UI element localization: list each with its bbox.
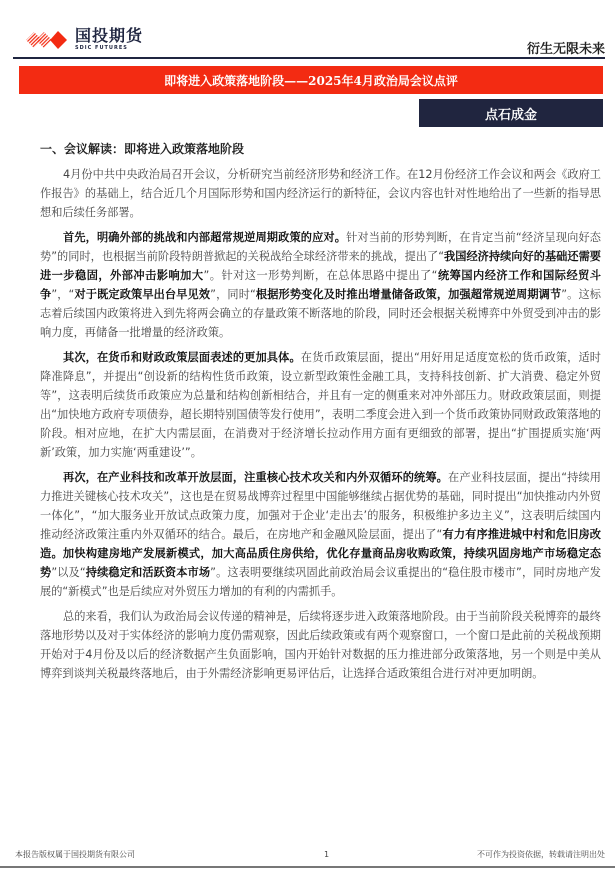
column-badge: 点石成金 (419, 99, 603, 127)
paragraph-third: 再次，在产业科技和改革开放层面，注重核心技术攻关和内外双循环的统筹。在产业科技层… (40, 468, 601, 601)
paragraph-second: 其次，在货币和财政政策层面表述的更加具体。在货币政策层面，提出“用好用足适度宽松… (40, 348, 601, 462)
header-slogan: 衍生无限未来 (527, 38, 605, 57)
body-text: ”，“ (51, 288, 74, 301)
emphasized-text: 对于既定政策早出台早见效 (74, 288, 210, 301)
paragraph-segments: 在货币政策层面，提出“用好用足适度宽松的货币政策，适时降准降息”，并提出“创设新… (40, 351, 601, 459)
body-text: 在货币政策层面，提出“用好用足适度宽松的货币政策，适时降准降息”，并提出“创设新… (40, 351, 601, 459)
company-logo: 国投期货 SDIC FUTURES (24, 28, 143, 51)
footer-disclaimer: 不可作为投资依据，转载请注明出处 (477, 849, 605, 860)
paragraph-lead: 其次，在货币和财政政策层面表述的更加具体。 (63, 351, 301, 364)
header-divider (13, 57, 605, 59)
paragraph-segments: 在产业科技层面，提出“持续用力推进关键核心技术攻关”，这也是在贸易战博弈过程里中… (40, 471, 601, 598)
footer-copyright: 本报告版权属于国投期货有限公司 (15, 849, 135, 860)
sdic-futures-logo-icon (24, 30, 69, 50)
report-title: 即将进入政策落地阶段——2025年4月政治局会议点评 (19, 66, 603, 94)
body-text: ”，同时“ (210, 288, 256, 301)
emphasized-text: 持续稳定和活跃资本市场 (86, 566, 211, 579)
paragraph-conclusion: 总的来看，我们认为政治局会议传递的精神是，后续将逐步进入政策落地阶段。由于当前阶… (40, 607, 601, 683)
paragraph-segments: 针对当前的形势判断，在肯定当前“经济呈现向好态势”的同时，也根据当前阶段特朗普掀… (40, 231, 601, 339)
paragraph-intro: 4月份中共中央政治局召开会议，分析研究当前经济形势和经济工作。在12月份经济工作… (40, 165, 601, 222)
body-text: ”以及“ (51, 566, 85, 579)
paragraph-first: 首先，明确外部的挑战和内部超常规逆周期政策的应对。针对当前的形势判断，在肯定当前… (40, 228, 601, 342)
paragraph-lead: 再次，在产业科技和改革开放层面，注重核心技术攻关和内外双循环的统筹。 (63, 471, 448, 484)
footer-divider (0, 866, 615, 868)
page-footer: 本报告版权属于国投期货有限公司 1 不可作为投资依据，转载请注明出处 (15, 849, 605, 860)
logo-name-en: SDIC FUTURES (75, 46, 143, 51)
paragraph-lead: 首先，明确外部的挑战和内部超常规逆周期政策的应对。 (63, 231, 346, 244)
body-text: ”。针对这一形势判断，在总体思路中提出了“ (204, 269, 438, 282)
report-body: 一、会议解读：即将进入政策落地阶段 4月份中共中央政治局召开会议，分析研究当前经… (40, 140, 601, 689)
page-number: 1 (324, 850, 329, 859)
logo-name-cn: 国投期货 (75, 28, 143, 44)
emphasized-text: 根据形势变化及时推出增量储备政策，加强超常规逆周期调节 (256, 288, 561, 301)
section-heading: 一、会议解读：即将进入政策落地阶段 (40, 140, 601, 159)
